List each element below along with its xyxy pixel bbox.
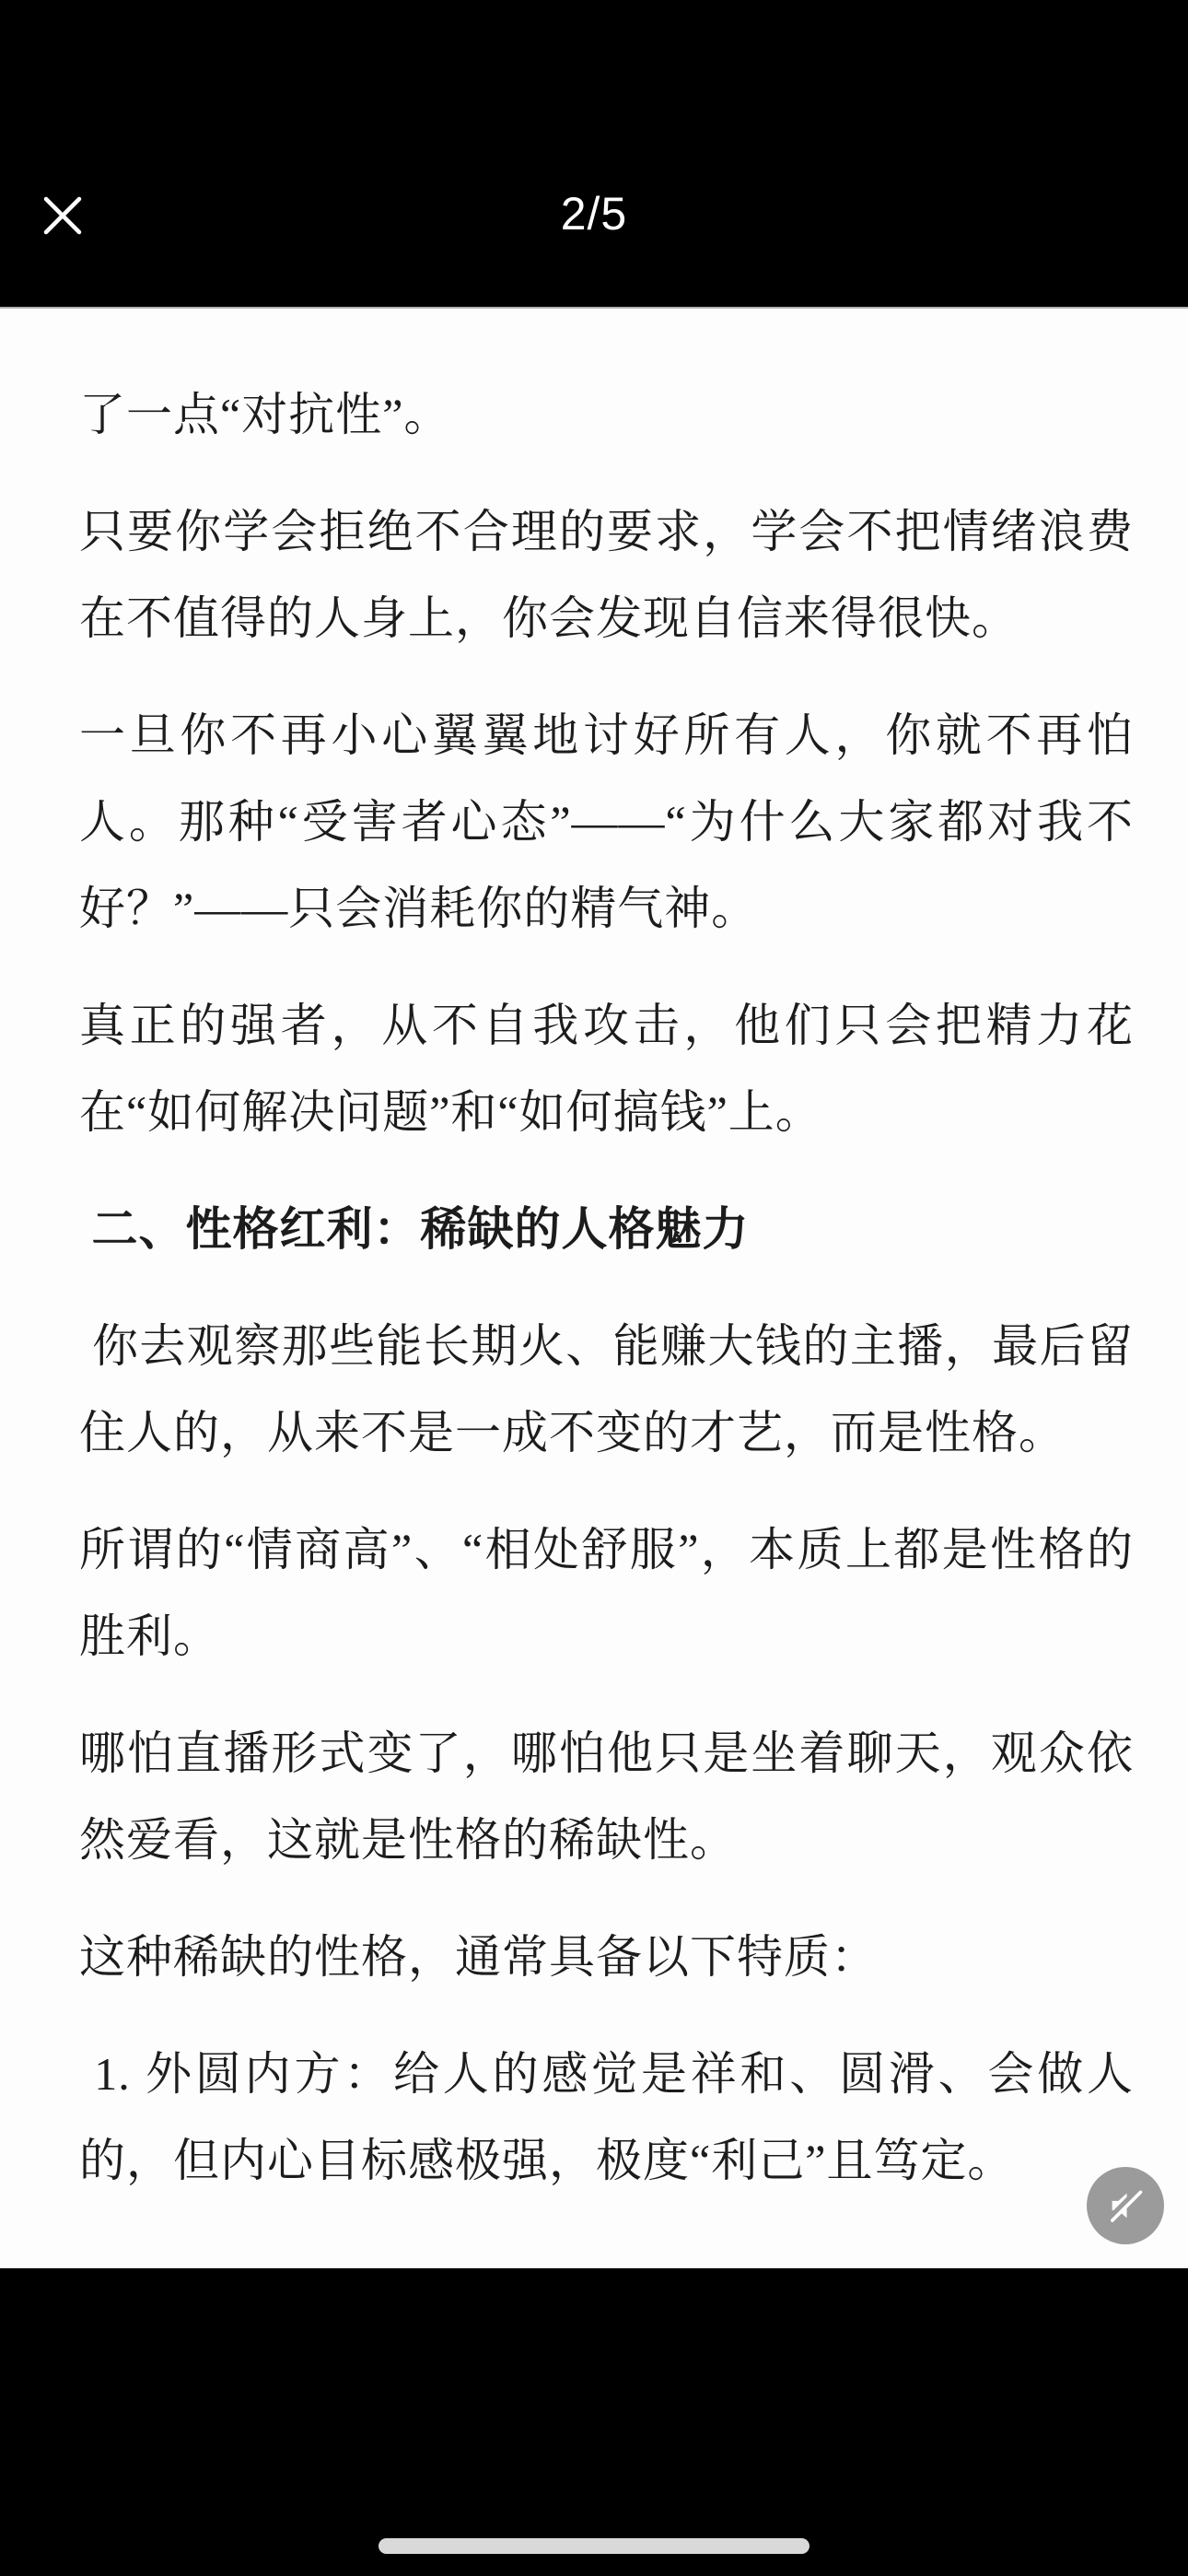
paragraph: 真正的强者，从不自我攻击，他们只会把精力花在“如何解决问题”和“如何搞钱”上。 xyxy=(79,982,1134,1155)
page-indicator: 2/5 xyxy=(0,187,1188,240)
paragraph: 了一点“对抗性”。 xyxy=(79,371,1134,458)
article-text: 了一点“对抗性”。只要你学会拒绝不合理的要求，学会不把情绪浪费在不值得的人身上，… xyxy=(79,371,1134,2204)
speaker-muted-icon xyxy=(1104,2184,1147,2227)
paragraph: 所谓的“情商高”、“相处舒服”，本质上都是性格的胜利。 xyxy=(79,1506,1134,1680)
paragraph: 哪怕直播形式变了，哪怕他只是坐着聊天，观众依然爱看，这就是性格的稀缺性。 xyxy=(79,1710,1134,1883)
paragraph: 你去观察那些能长期火、能赚大钱的主播，最后留住人的，从来不是一成不变的才艺，而是… xyxy=(79,1303,1134,1476)
reader-screen: 2/5 了一点“对抗性”。只要你学会拒绝不合理的要求，学会不把情绪浪费在不值得的… xyxy=(0,0,1188,2576)
paragraph: 这种稀缺的性格，通常具备以下特质： xyxy=(79,1914,1134,2000)
mute-button[interactable] xyxy=(1087,2167,1164,2244)
paragraph: 只要你学会拒绝不合理的要求，学会不把情绪浪费在不值得的人身上，你会发现自信来得很… xyxy=(79,488,1134,662)
section-heading: 二、性格红利：稀缺的人格魅力 xyxy=(79,1186,1134,1272)
footer-bar xyxy=(0,2268,1188,2576)
paragraph: 一旦你不再小心翼翼地讨好所有人，你就不再怕人。那种“受害者心态”——“为什么大家… xyxy=(79,692,1134,952)
document-page: 了一点“对抗性”。只要你学会拒绝不合理的要求，学会不把情绪浪费在不值得的人身上，… xyxy=(0,307,1188,2268)
home-indicator-bar[interactable] xyxy=(379,2538,809,2554)
paragraph: 1. 外圆内方：给人的感觉是祥和、圆滑、会做人的，但内心目标感极强，极度“利己”… xyxy=(79,2031,1134,2204)
header-bar: 2/5 xyxy=(0,0,1188,307)
